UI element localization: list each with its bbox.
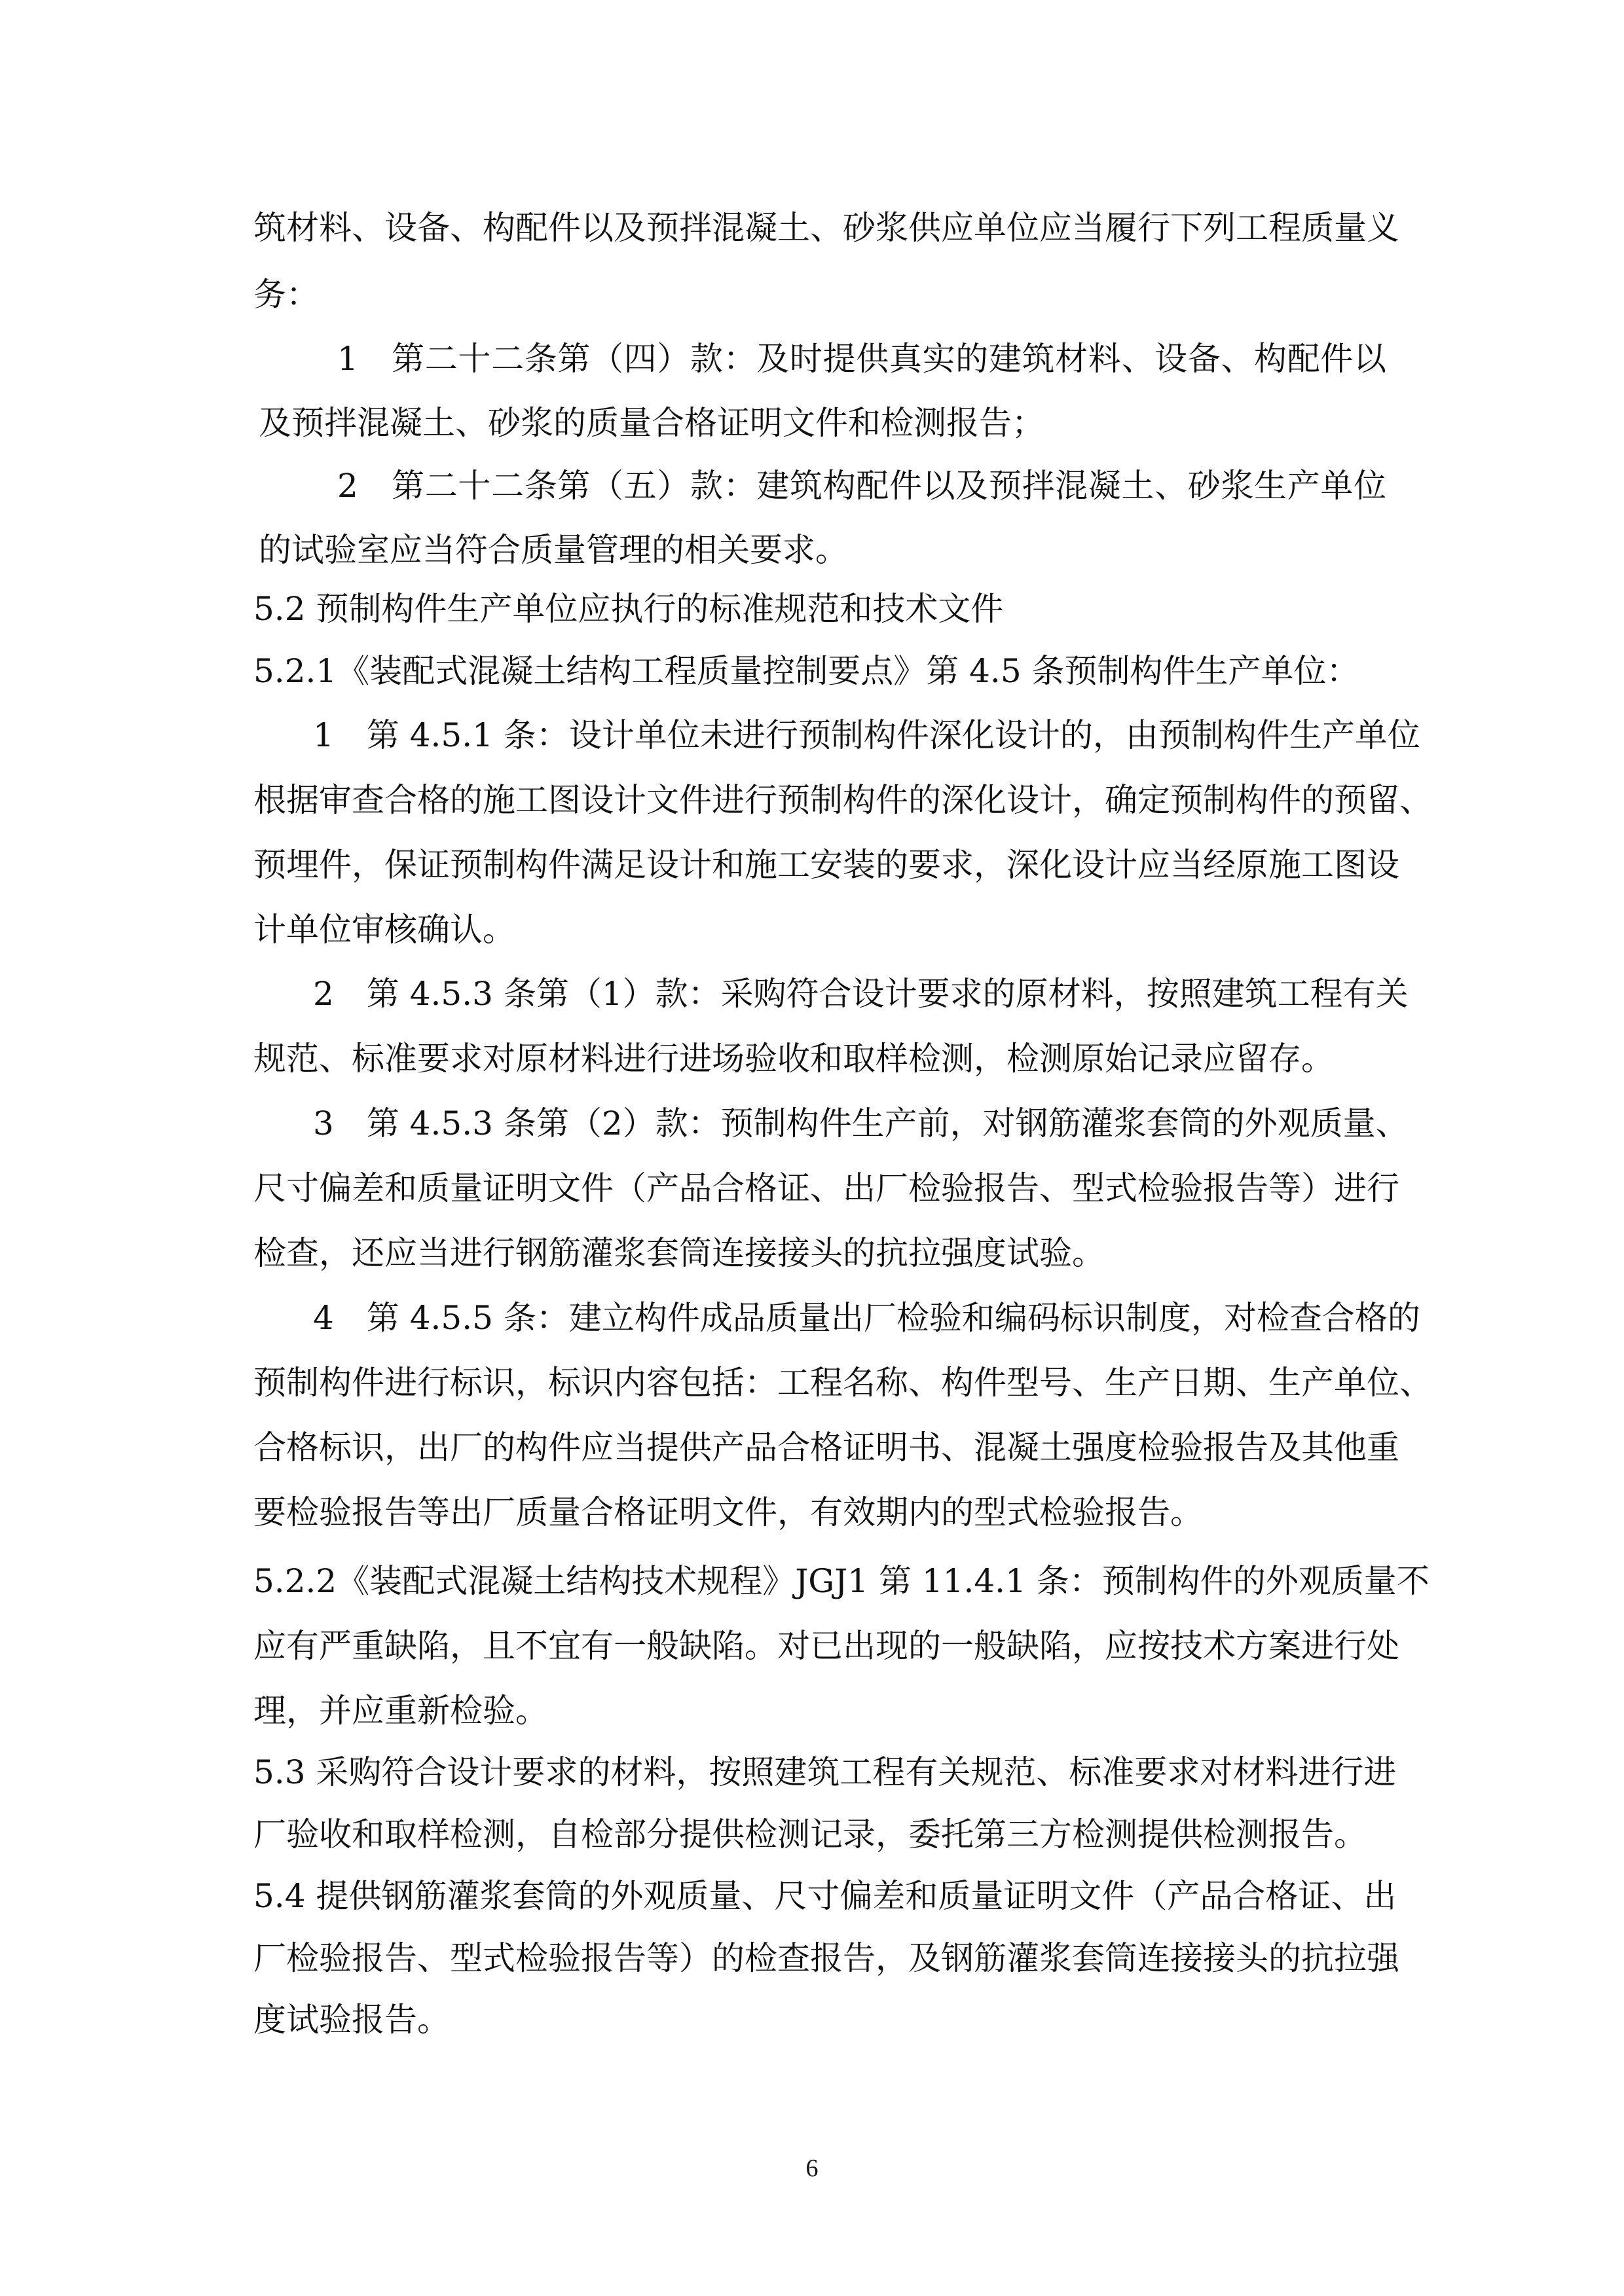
text-line: 2 第二十二条第（五）款：建筑构配件以及预拌混凝土、砂浆生产单位 — [337, 466, 1386, 505]
text-line: 4 第 4.5.5 条：建立构件成品质量出厂检验和编码标识制度，对检查合格的 — [313, 1298, 1386, 1338]
text-line: 1 第 4.5.1 条：设计单位未进行预制构件深化设计的，由预制构件生产单位 — [313, 716, 1386, 755]
text-line: 的试验室应当符合质量管理的相关要求。 — [259, 530, 848, 570]
text-line: 尺寸偏差和质量证明文件（产品合格证、出厂检验报告、型式检验报告等）进行 — [253, 1169, 1386, 1208]
text-line: 5.3 采购符合设计要求的材料，按照建筑工程有关规范、标准要求对材料进行进 — [253, 1753, 1386, 1792]
text-line: 5.4 提供钢筋灌浆套筒的外观质量、尺寸偏差和质量证明文件（产品合格证、出 — [253, 1876, 1386, 1916]
text-line: 计单位审核确认。 — [253, 910, 515, 949]
text-line: 5.2 预制构件生产单位应执行的标准规范和技术文件 — [253, 589, 1003, 629]
text-line: 及预拌混凝土、砂浆的质量合格证明文件和检测报告； — [259, 403, 1044, 443]
text-line: 检查，还应当进行钢筋灌浆套筒连接接头的抗拉强度试验。 — [253, 1233, 1105, 1273]
text-line: 厂检验报告、型式检验报告等）的检查报告，及钢筋灌浆套筒连接接头的抗拉强 — [253, 1939, 1386, 1978]
text-line: 3 第 4.5.3 条第（2）款：预制构件生产前，对钢筋灌浆套筒的外观质量、 — [313, 1104, 1386, 1143]
text-line: 1 第二十二条第（四）款：及时提供真实的建筑材料、设备、构配件以 — [337, 339, 1386, 378]
text-line: 务： — [253, 275, 319, 314]
text-line: 合格标识，出厂的构件应当提供产品合格证明书、混凝土强度检验报告及其他重 — [253, 1428, 1386, 1467]
text-line: 根据审查合格的施工图设计文件进行预制构件的深化设计，确定预制构件的预留、 — [253, 780, 1386, 820]
text-line: 度试验报告。 — [253, 2000, 450, 2039]
text-line: 5.2.2《装配式混凝土结构技术规程》JGJ1 第 11.4.1 条：预制构件的… — [253, 1561, 1386, 1601]
text-line: 要检验报告等出厂质量合格证明文件，有效期内的型式检验报告。 — [253, 1493, 1203, 1532]
text-line: 预埋件，保证预制构件满足设计和施工安装的要求，深化设计应当经原施工图设 — [253, 845, 1386, 884]
text-line: 2 第 4.5.3 条第（1）款：采购符合设计要求的原材料，按照建筑工程有关 — [313, 974, 1386, 1013]
text-line: 筑材料、设备、构配件以及预拌混凝土、砂浆供应单位应当履行下列工程质量义 — [253, 208, 1386, 247]
text-line: 理，并应重新检验。 — [253, 1691, 548, 1730]
text-line: 应有严重缺陷，且不宜有一般缺陷。对已出现的一般缺陷，应按技术方案进行处 — [253, 1626, 1386, 1666]
text-line: 预制构件进行标识，标识内容包括：工程名称、构件型号、生产日期、生产单位、 — [253, 1363, 1386, 1402]
text-line: 厂验收和取样检测，自检部分提供检测记录，委托第三方检测提供检测报告。 — [253, 1815, 1367, 1854]
document-page: 筑材料、设备、构配件以及预拌混凝土、砂浆供应单位应当履行下列工程质量义务：1 第… — [0, 0, 1624, 2296]
text-line: 规范、标准要求对原材料进行进场验收和取样检测，检测原始记录应留存。 — [253, 1039, 1334, 1078]
text-line: 5.2.1《装配式混凝土结构工程质量控制要点》第 4.5 条预制构件生产单位： — [253, 651, 1359, 691]
page-number: 6 — [0, 2154, 1624, 2183]
